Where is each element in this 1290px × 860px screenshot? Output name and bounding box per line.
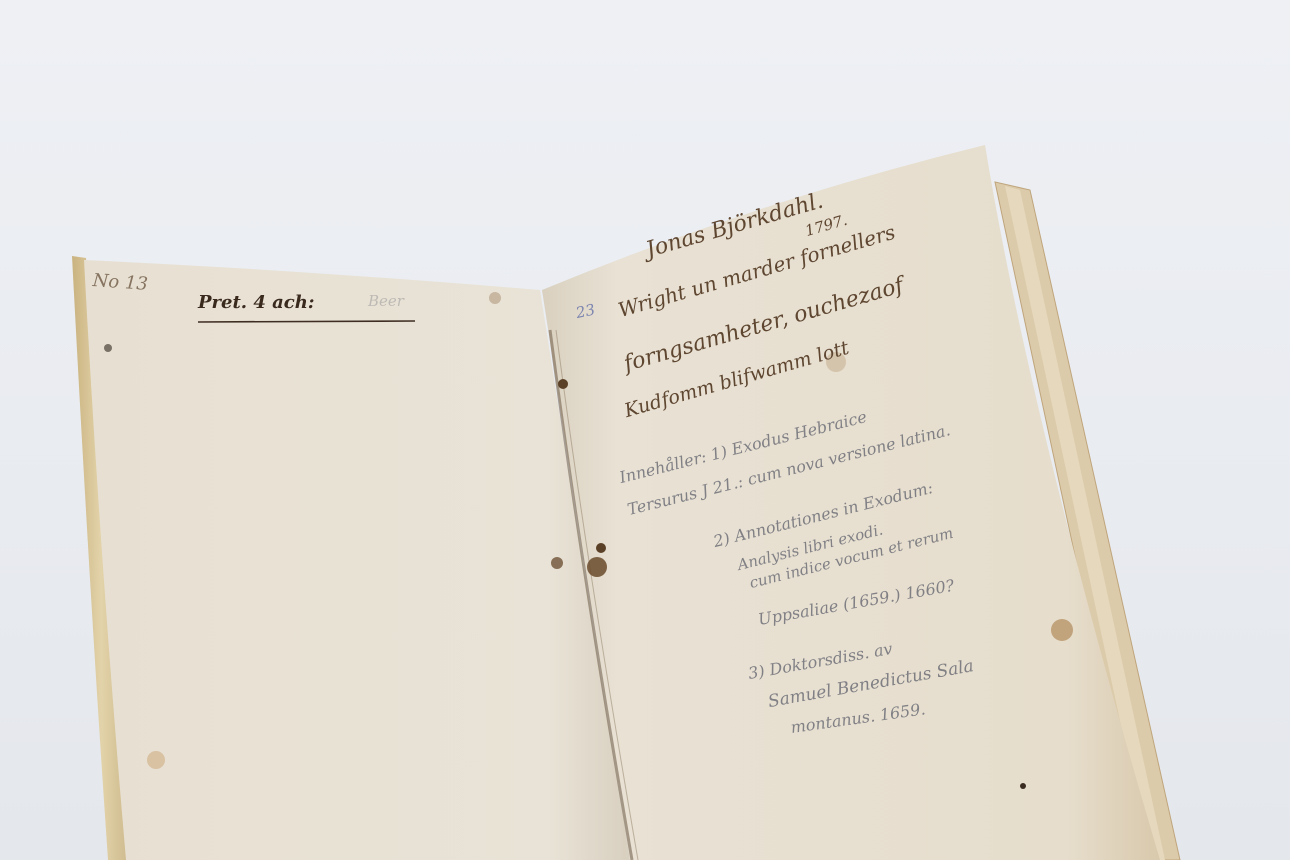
photo-scene: No 13 Pret. 4 ach: Beer 23 Jonas Björkda… <box>0 0 1290 860</box>
left-page <box>84 260 630 860</box>
faint-note-text: Beer <box>368 292 404 310</box>
shelfmark-text: No 13 <box>92 270 149 295</box>
stain <box>558 379 568 389</box>
open-book <box>0 0 1290 860</box>
price-note-text: Pret. 4 ach: <box>198 292 314 313</box>
